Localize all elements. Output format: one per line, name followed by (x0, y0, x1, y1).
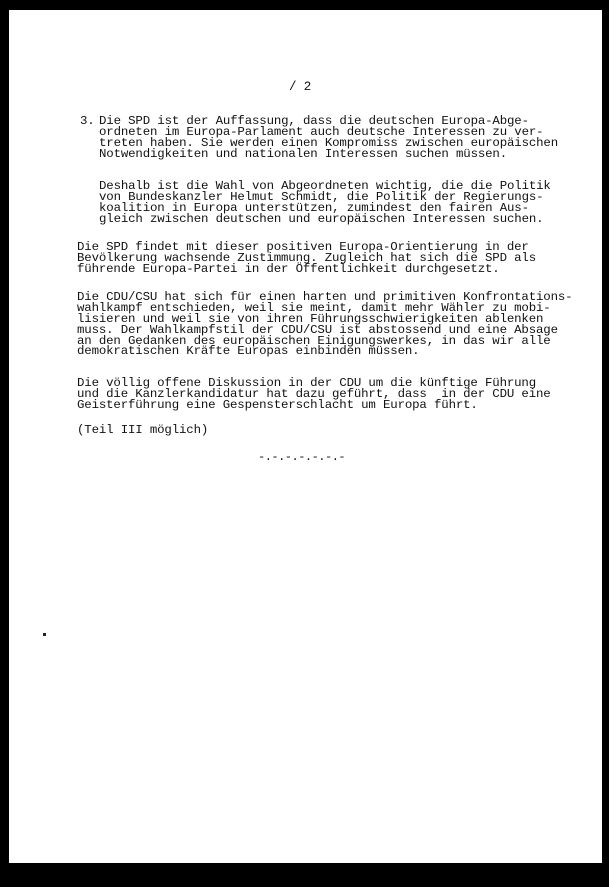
text-line: gleich zwischen deutschen und europäisch… (99, 214, 551, 225)
text-line: (Teil III möglich) (77, 425, 208, 436)
paragraph-teil-iii: (Teil III möglich) (77, 425, 208, 436)
paragraph-europa-orientierung: Die SPD findet mit dieser positiven Euro… (77, 242, 536, 275)
paragraph-spd-auffassung: Die SPD ist der Auffassung, dass die deu… (99, 116, 558, 160)
text-line: Geisterführung eine Gespensterschlacht u… (77, 400, 551, 411)
paragraph-cdu-csu-wahlkampf: Die CDU/CSU hat sich für einen harten un… (77, 292, 572, 357)
text-line: Notwendigkeiten und nationalen Interesse… (99, 149, 558, 160)
text-line: demokratischen Kräfte Europas einbinden … (77, 346, 572, 357)
item-number: 3. (80, 116, 95, 127)
end-separator: -.-.-.-.-.-.- (258, 452, 345, 463)
page-number: / 2 (289, 82, 311, 93)
scan-speck (43, 633, 46, 636)
paragraph-cdu-diskussion: Die völlig offene Diskussion in der CDU … (77, 378, 551, 411)
text-line: führende Europa-Partei in der Öffentlich… (77, 264, 536, 275)
paragraph-wahl-abgeordneten: Deshalb ist die Wahl von Abgeordneten wi… (99, 181, 551, 225)
